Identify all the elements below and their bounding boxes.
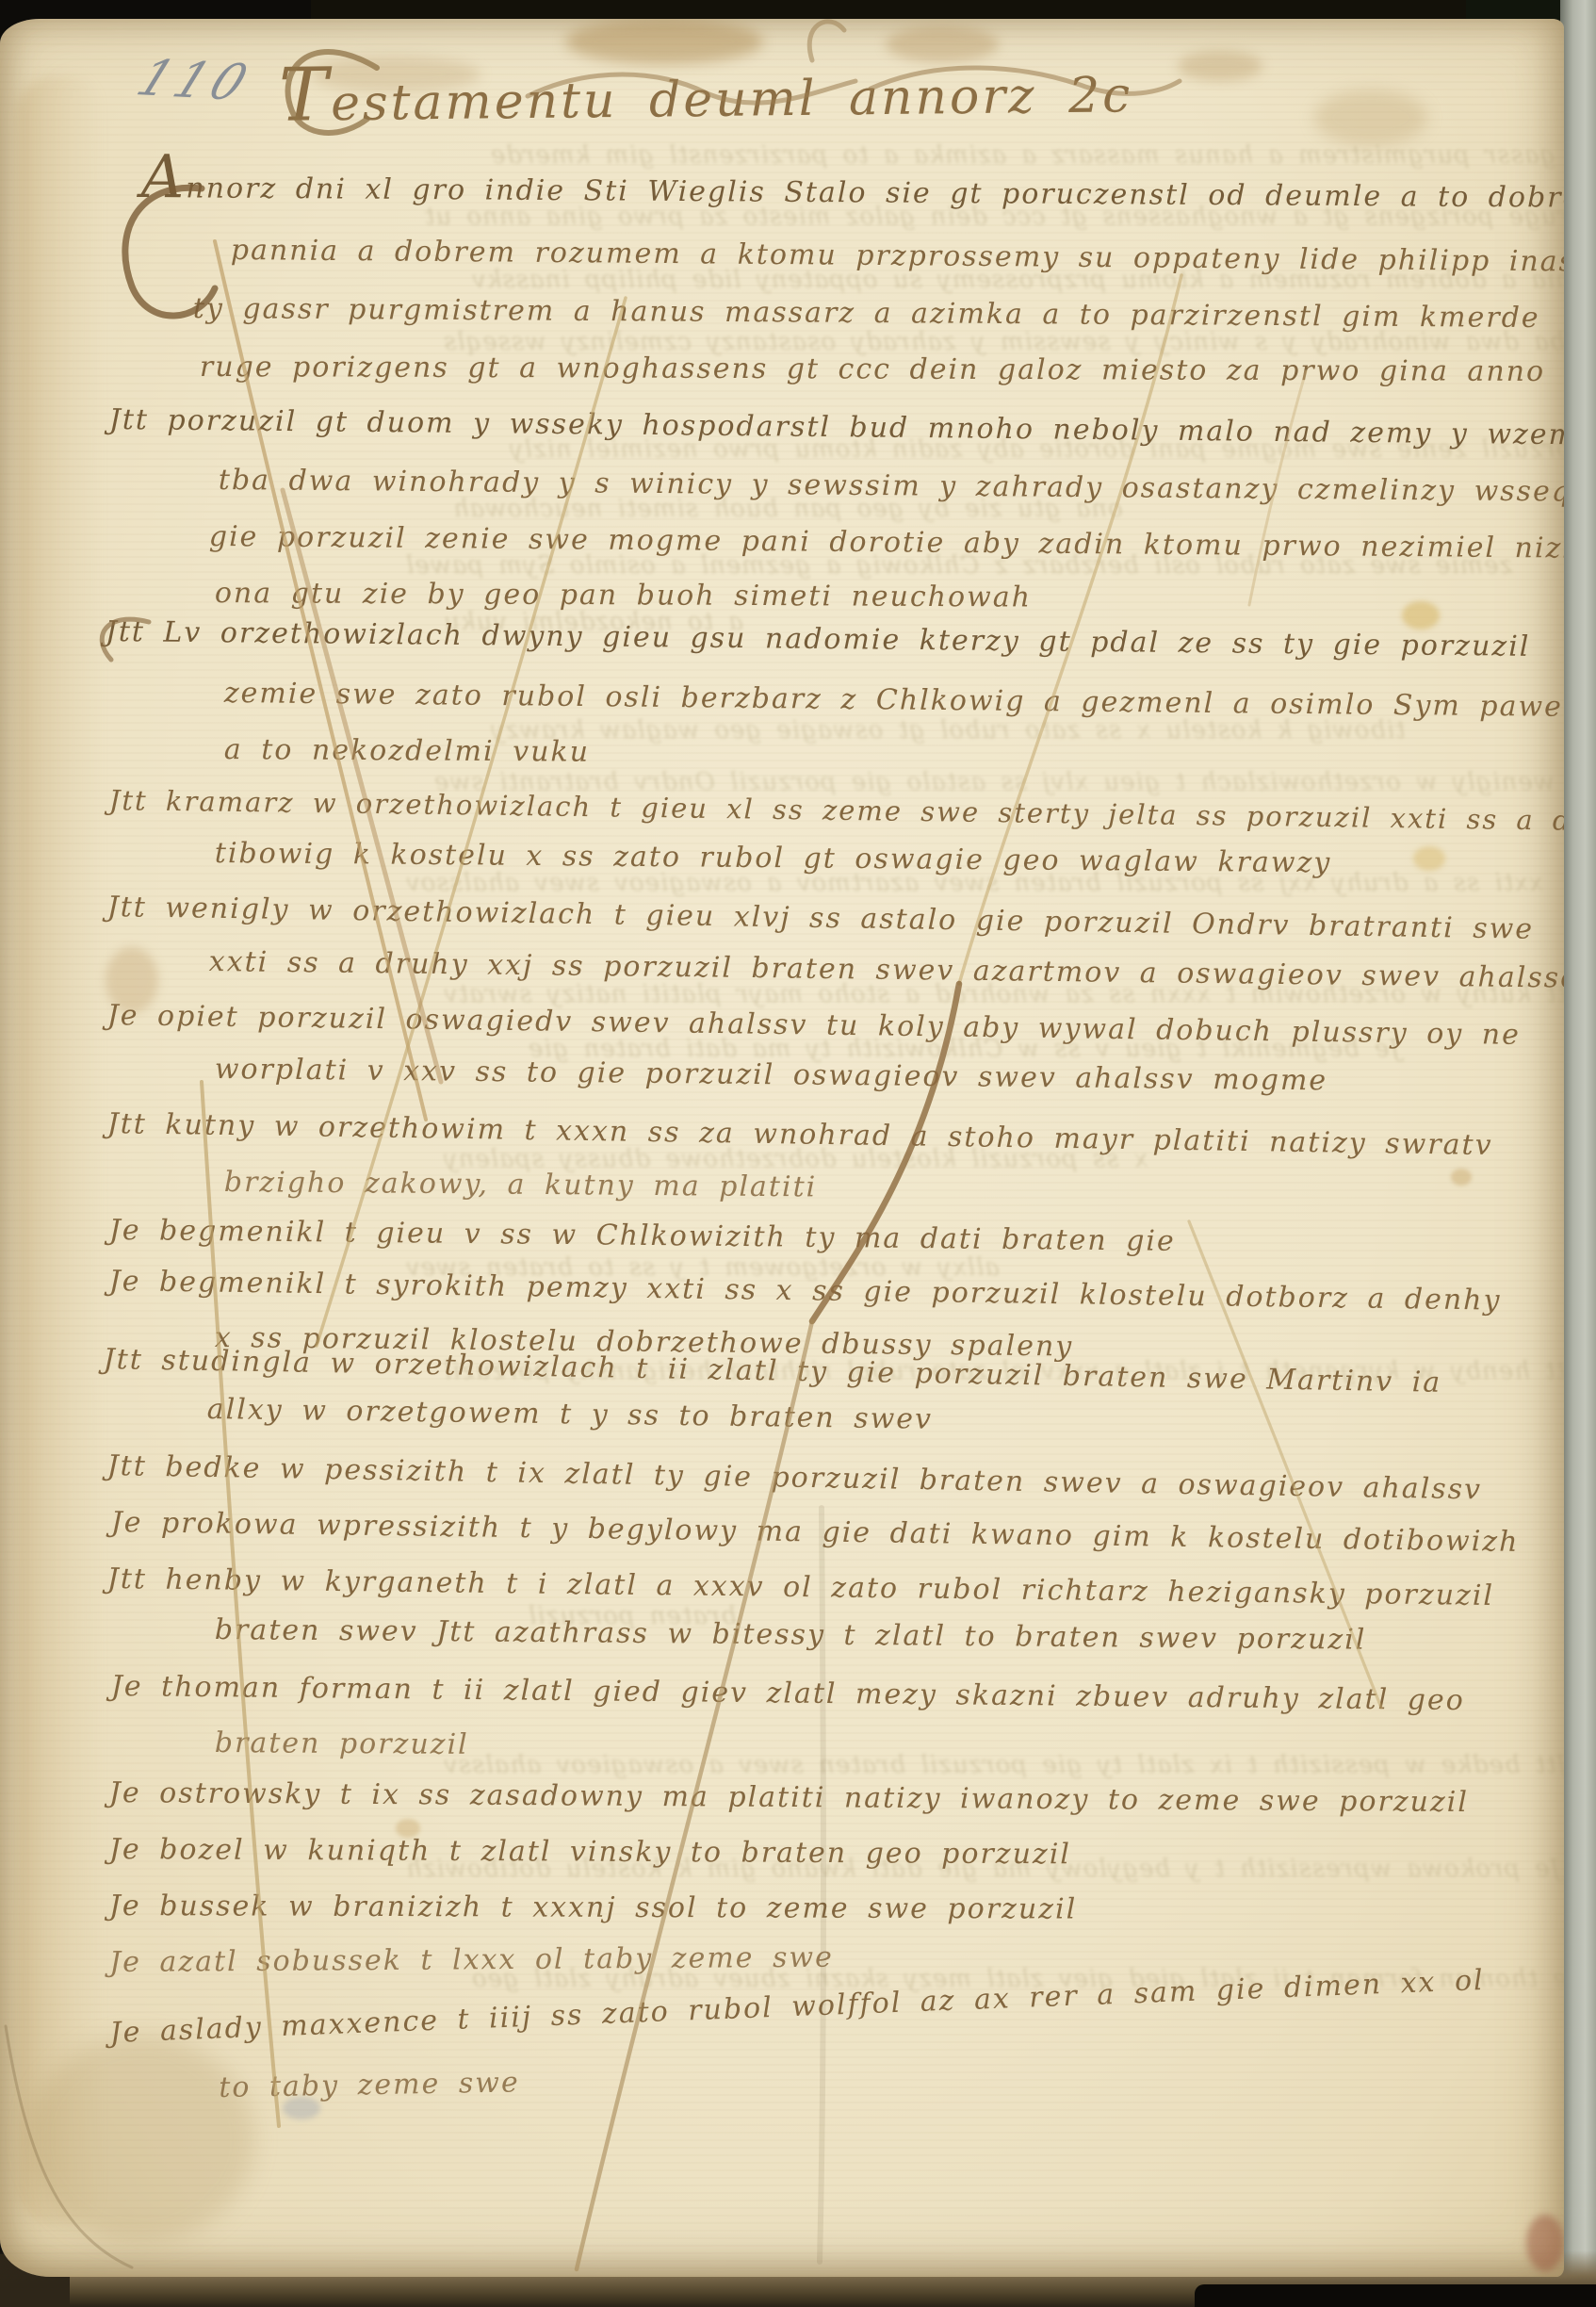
fox-spot-1 xyxy=(1402,601,1440,630)
book-edge-bottom-black xyxy=(1195,2284,1596,2307)
manuscript-line: tba dwa winohrady y s winicy y sewssim y… xyxy=(219,464,1564,509)
manuscript-line: Je ostrowsky t ix ss zasadowny ma platit… xyxy=(109,1776,1469,1819)
corner-crease xyxy=(6,2026,132,2267)
manuscript-line: brzigho zakowy, a kutny ma platiti xyxy=(224,1166,818,1203)
manuscript-page: ty gassr purgmistrem a hanus massarz a a… xyxy=(0,19,1564,2277)
manuscript-scan: ty gassr purgmistrem a hanus massarz a a… xyxy=(0,0,1596,2307)
manuscript-line: Je bozel w kuniqth t zlatl vinsky to bra… xyxy=(109,1833,1071,1871)
manuscript-line: Je begmenikl t syrokith pemzy xxti ss x … xyxy=(109,1265,1502,1317)
stain-top-right xyxy=(1314,90,1427,146)
stain-bottom-left xyxy=(28,2036,254,2243)
folio-number: 110 xyxy=(129,50,261,112)
page-heading: Testamentu deuml annorz 2c xyxy=(279,44,1133,138)
manuscript-line: ruge porizgens gt a wnoghassens gt ccc d… xyxy=(200,351,1564,388)
fox-spot-4 xyxy=(1451,1169,1472,1186)
manuscript-line: Jtt kutny w orzethowim t xxxn ss za wnoh… xyxy=(106,1107,1492,1162)
manuscript-line: worplati v xxv ss to gie porzuzil oswagi… xyxy=(215,1053,1328,1097)
stain-top-edge-3 xyxy=(1178,51,1262,81)
manuscript-line: tibowig k kostelu x ss zato rubol gt osw… xyxy=(215,837,1332,879)
manuscript-line: Je prokowa wpressizith t y begylowy ma g… xyxy=(111,1506,1520,1559)
manuscript-line: Je thoman forman t ii zlatl gied giev zl… xyxy=(111,1670,1465,1717)
manuscript-line: zemie swe zato rubol osli berzbarz z Chl… xyxy=(224,677,1564,724)
manuscript-line: Je azatl sobussek t lxxx ol taby zeme sw… xyxy=(109,1941,834,1979)
bleedthrough-line: ty gassr purgmistrem a hanus massarz a a… xyxy=(490,141,1564,170)
manuscript-line: gie porzuzil zenie swe mogme pani doroti… xyxy=(209,520,1564,565)
adjacent-page-edge xyxy=(1560,0,1596,2307)
manuscript-line: ona gtu zie by geo pan buoh simeti neuch… xyxy=(215,577,1032,614)
manuscript-line: allxy w orzetgowem t y ss to braten swev xyxy=(207,1393,934,1436)
manuscript-line: braten porzuzil xyxy=(215,1726,469,1761)
manuscript-line: pannia a dobrem rozumem a ktomu przpross… xyxy=(231,234,1564,279)
manuscript-line: Jtt henby w kyrganeth t i zlatl a xxxv o… xyxy=(107,1563,1495,1612)
manuscript-line: braten swev Jtt azathrass w bitessy t zl… xyxy=(215,1613,1367,1657)
manuscript-line: ty gassr purgmistrem a hanus massarz a a… xyxy=(193,292,1540,335)
bleedthrough-line: Jtt bedke w pessizith t ix zlatl ty gie … xyxy=(443,1751,1564,1779)
stain-edge-red xyxy=(1526,2215,1564,2271)
manuscript-line: Annorz dni xl gro indie Sti Wieglis Stal… xyxy=(141,172,1564,215)
manuscript-line: Jtt porzuzil gt duom y wsseky hospodarst… xyxy=(109,403,1564,452)
fox-spot-2 xyxy=(1413,846,1445,871)
manuscript-line: Jtt Lv orzethowizlach dwyny gieu gsu nad… xyxy=(106,615,1531,663)
manuscript-line: Jtt wenigly w orzethowizlach t gieu xlvj… xyxy=(106,891,1534,946)
manuscript-line: Jtt kramarz w orzethowizlach t gieu xl s… xyxy=(109,784,1564,837)
manuscript-line: Je bussek w branizizh t xxxnj ssol to ze… xyxy=(109,1890,1077,1926)
manuscript-line: Je begmenikl t gieu v ss w Chlkowizith t… xyxy=(109,1214,1176,1258)
manuscript-line: Jtt bedke w pessizith t ix zlatl ty gie … xyxy=(106,1449,1482,1506)
manuscript-line: xxti ss a druhy xxj ss porzuzil braten s… xyxy=(209,945,1564,995)
water-stain-left-band xyxy=(17,75,104,2224)
manuscript-line: a to nekozdelmi vuku xyxy=(224,733,590,769)
manuscript-line: to taby zeme swe xyxy=(219,2066,520,2104)
manuscript-line: Je opiet porzuzil oswagiedv swev ahalssv… xyxy=(107,999,1522,1052)
